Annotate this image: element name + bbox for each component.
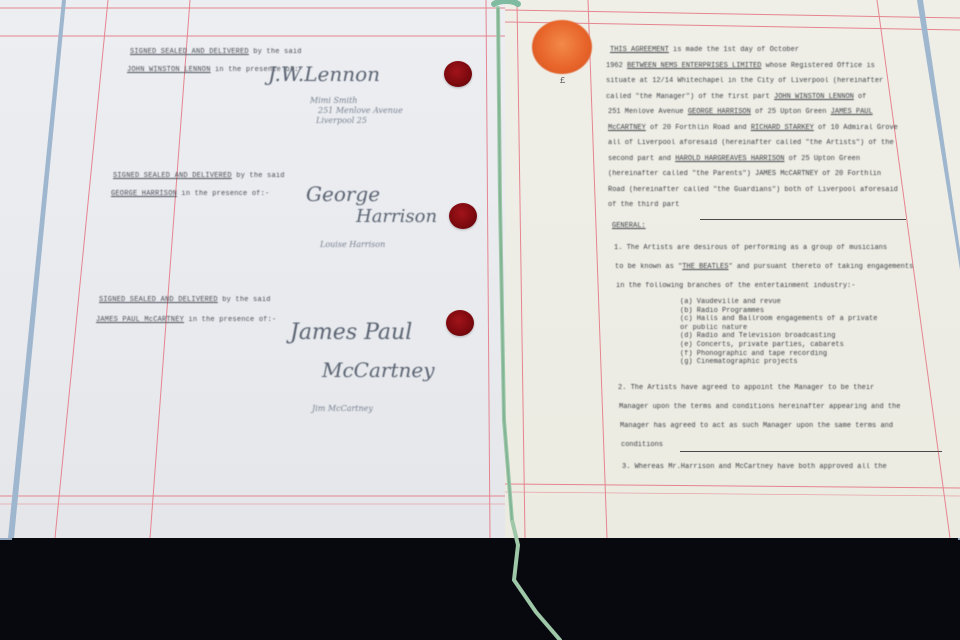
green-ribbon [0, 0, 960, 640]
photo-scene: SIGNED SEALED AND DELIVERED by the said … [0, 0, 960, 640]
